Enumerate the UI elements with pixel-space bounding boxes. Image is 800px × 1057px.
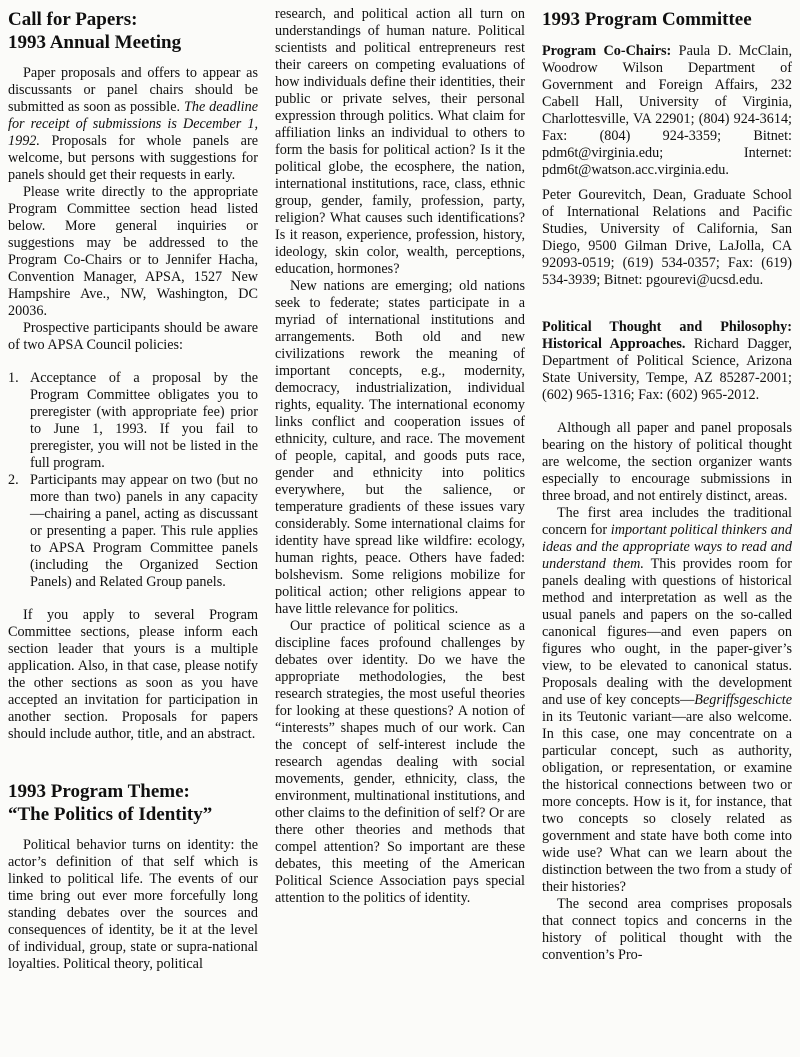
paragraph: Paper proposals and offers to appear as … bbox=[8, 65, 258, 184]
section-heading: 1993 Program Theme: “The Politics of Ide… bbox=[8, 781, 258, 826]
paragraph: The first area includes the traditional … bbox=[542, 505, 792, 896]
list-item-text: Acceptance of a proposal by the Program … bbox=[30, 370, 258, 472]
paragraph: Please write directly to the appropriate… bbox=[8, 184, 258, 320]
section-heading: Call for Papers: 1993 Annual Meeting bbox=[8, 9, 258, 54]
column-3: 1993 Program CommitteeProgram Co-Chairs:… bbox=[542, 6, 792, 973]
column-1: Call for Papers: 1993 Annual MeetingPape… bbox=[8, 6, 258, 973]
paragraph: The second area comprises proposals that… bbox=[542, 896, 792, 964]
paragraph: If you apply to several Program Committe… bbox=[8, 607, 258, 743]
section-heading: 1993 Program Committee bbox=[542, 9, 792, 32]
paragraph: New nations are emerging; old nations se… bbox=[275, 278, 525, 618]
numbered-list-item: 2.Participants may appear on two (but no… bbox=[8, 472, 258, 591]
paragraph: Prospective participants should be aware… bbox=[8, 320, 258, 354]
list-item-number: 1. bbox=[8, 370, 30, 472]
list-item-text: Participants may appear on two (but no m… bbox=[30, 472, 258, 591]
document-page: Call for Papers: 1993 Annual MeetingPape… bbox=[0, 0, 800, 973]
paragraph: Although all paper and panel proposals b… bbox=[542, 420, 792, 505]
paragraph: research, and political action all turn … bbox=[275, 6, 525, 278]
paragraph: Our practice of political science as a d… bbox=[275, 618, 525, 907]
paragraph: Political behavior turns on identity: th… bbox=[8, 837, 258, 973]
column-2: research, and political action all turn … bbox=[275, 6, 525, 973]
paragraph: Political Thought and Philosophy: Histor… bbox=[542, 319, 792, 404]
paragraph: Peter Gourevitch, Dean, Graduate School … bbox=[542, 187, 792, 289]
paragraph: Program Co-Chairs: Paula D. McClain, Woo… bbox=[542, 43, 792, 179]
numbered-list-item: 1.Acceptance of a proposal by the Progra… bbox=[8, 370, 258, 472]
list-item-number: 2. bbox=[8, 472, 30, 591]
